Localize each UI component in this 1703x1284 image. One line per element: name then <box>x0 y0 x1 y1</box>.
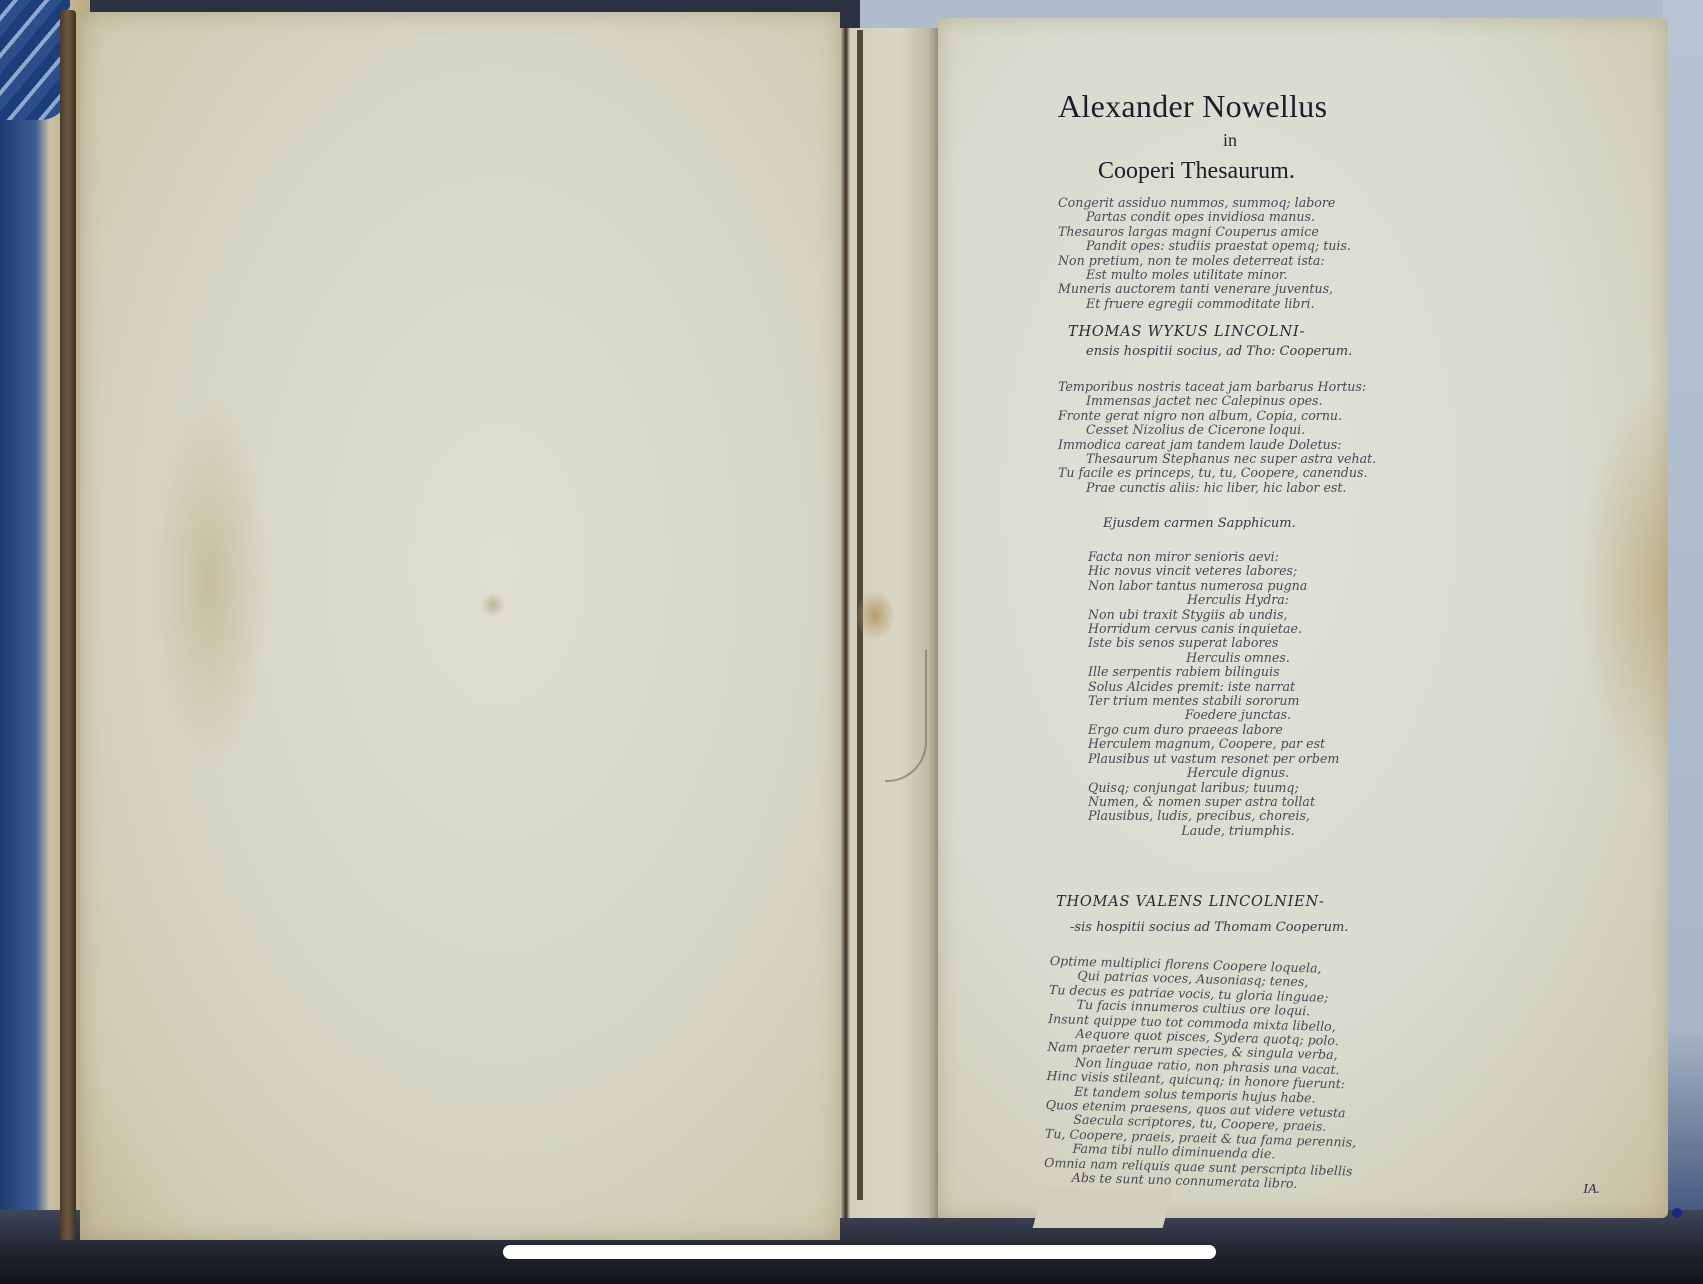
verse-line: Solus Alcides premit: iste narrat <box>1088 680 1388 694</box>
subheading-wykus: ensis hospitii socius, ad Tho: Cooperum. <box>1086 344 1352 359</box>
verse-line: Plausibus, ludis, precibus, choreis, <box>1088 809 1388 823</box>
left-page-blank <box>80 12 840 1240</box>
foxing-spot <box>480 592 506 618</box>
verse-line-adonic: Herculis omnes. <box>1088 651 1388 665</box>
title-work: Cooperi Thesaurum. <box>1098 158 1295 185</box>
verse-line: Plausibus ut vastum resonet per orbem <box>1088 752 1388 766</box>
home-indicator[interactable] <box>503 1245 1216 1259</box>
verse-line-adonic: Herculis Hydra: <box>1088 593 1388 607</box>
verse-line: Ter trium mentes stabili sororum <box>1088 694 1388 708</box>
poem-nowellus: Congerit assiduo nummos, summoq; labore … <box>1058 196 1351 311</box>
verse-line: Et fruere egregii commoditate libri. <box>1058 297 1351 311</box>
verse-line: Est multo moles utilitate minor. <box>1058 268 1351 282</box>
heading-wykus: THOMAS WYKUS LINCOLNI- <box>1068 324 1305 340</box>
background-left-cloth <box>0 0 90 1284</box>
background-right <box>1663 0 1703 1284</box>
spine-binding-fibers <box>855 590 895 640</box>
water-stain <box>1578 378 1668 798</box>
verse-line: Quisq; conjungat laribus; tuumq; <box>1088 781 1388 795</box>
title-author: Alexander Nowellus <box>1058 88 1327 125</box>
title-in: in <box>1223 130 1237 151</box>
book-cover-edge <box>60 10 76 1240</box>
verse-line: Non pretium, non te moles deterreat ista… <box>1058 254 1351 268</box>
verse-line: Iste bis senos superat labores <box>1088 636 1388 650</box>
blue-dot-marker <box>1672 1208 1682 1218</box>
verse-line: Hic novus vincit veteres labores; <box>1088 564 1388 578</box>
spine-loose-thread <box>885 650 927 782</box>
verse-line: Ergo cum duro praeeas labore <box>1088 723 1388 737</box>
verse-line: Immensas jactet nec Calepinus opes. <box>1058 394 1376 408</box>
heading-sapphic: Ejusdem carmen Sapphicum. <box>1103 516 1296 531</box>
water-stain <box>150 392 270 772</box>
verse-line: Thesauros largas magni Couperus amice <box>1058 225 1351 239</box>
verse-line: Tu facile es princeps, tu, tu, Coopere, … <box>1058 466 1376 480</box>
verse-line: Prae cunctis aliis: hic liber, hic labor… <box>1058 481 1376 495</box>
verse-line: Muneris auctorem tanti venerare juventus… <box>1058 282 1351 296</box>
verse-line: Facta non miror senioris aevi: <box>1088 550 1388 564</box>
torn-page-corner <box>1033 1188 1174 1228</box>
right-page-manuscript: Alexander Nowellus in Cooperi Thesaurum.… <box>938 18 1668 1218</box>
poem-sapphic: Facta non miror senioris aevi: Hic novus… <box>1088 550 1388 838</box>
verse-line: Congerit assiduo nummos, summoq; labore <box>1058 196 1351 210</box>
verse-line: Non ubi traxit Stygiis ab undis, <box>1088 608 1388 622</box>
verse-line: Partas condit opes invidiosa manus. <box>1058 210 1351 224</box>
verse-line: Cesset Nizolius de Cicerone loqui. <box>1058 423 1376 437</box>
verse-line: Ille serpentis rabiem bilinguis <box>1088 665 1388 679</box>
verse-line: Non labor tantus numerosa pugna <box>1088 579 1388 593</box>
verse-line: Pandit opes: studiis praestat opemq; tui… <box>1058 239 1351 253</box>
subheading-valens: -sis hospitii socius ad Thomam Cooperum. <box>1070 920 1348 935</box>
verse-line: Thesaurum Stephanus nec super astra veha… <box>1058 452 1376 466</box>
poem-wykus: Temporibus nostris taceat jam barbarus H… <box>1058 380 1376 495</box>
verse-line-adonic: Laude, triumphis. <box>1088 824 1388 838</box>
verse-line: Fronte gerat nigro non album, Copia, cor… <box>1058 409 1376 423</box>
verse-line: Horridum cervus canis inquietae. <box>1088 622 1388 636</box>
poem-valens: Optime multiplici florens Coopere loquel… <box>1044 954 1362 1193</box>
heading-valens: THOMAS VALENS LINCOLNIEN- <box>1056 894 1325 910</box>
page-signature: IA. <box>1583 1182 1600 1198</box>
verse-line: Immodica careat jam tandem laude Doletus… <box>1058 438 1376 452</box>
verse-line-adonic: Foedere junctas. <box>1088 708 1388 722</box>
verse-line: Numen, & nomen super astra tollat <box>1088 795 1388 809</box>
verse-line: Temporibus nostris taceat jam barbarus H… <box>1058 380 1376 394</box>
verse-line-adonic: Hercule dignus. <box>1088 766 1388 780</box>
verse-line: Herculem magnum, Coopere, par est <box>1088 737 1388 751</box>
